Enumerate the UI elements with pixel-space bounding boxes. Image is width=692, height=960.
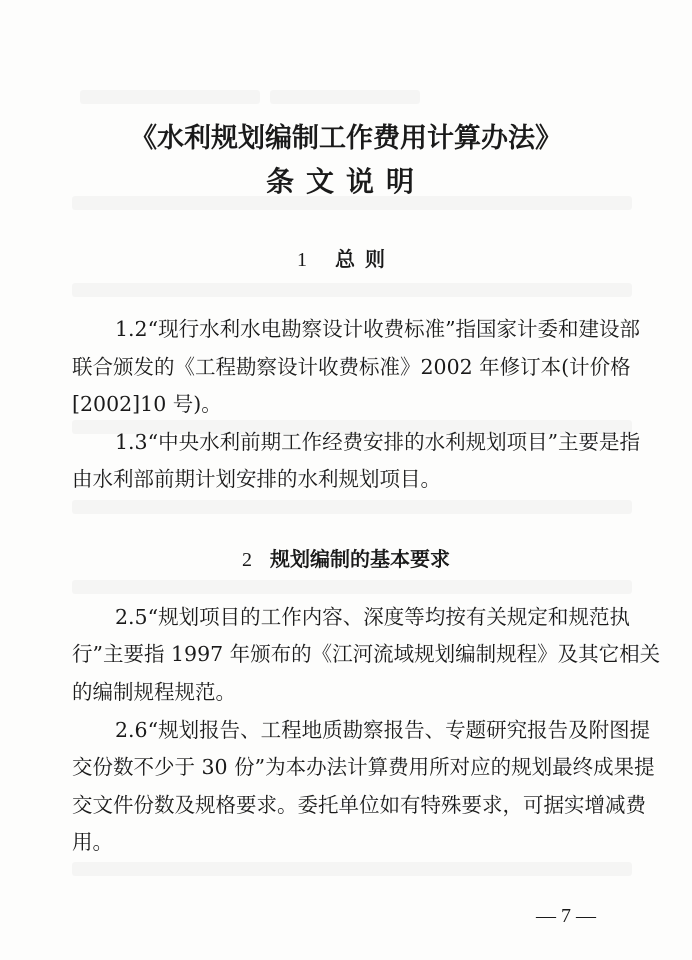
paragraph-line: 2.6“规划报告、工程地质勘察报告、专题研究报告及附图提 [115, 717, 630, 743]
paragraph-line: 由水利部前期计划安排的水利规划项目。 [72, 466, 630, 492]
section-heading-1: 1总则 [0, 243, 692, 272]
bleed-through-mark [270, 90, 420, 104]
bleed-through-mark [72, 500, 632, 514]
document-subtitle: 条文说明 [0, 160, 692, 200]
paragraph-line: 交文件份数及规格要求。委托单位如有特殊要求，可据实增减费 [72, 792, 630, 818]
bleed-through-mark [72, 283, 632, 297]
paragraph-line: 交份数不少于 30 份”为本办法计算费用所对应的规划最终成果提 [72, 754, 630, 780]
paragraph-line: 行”主要指 1997 年颁布的《江河流域规划编制规程》及其它相关 [72, 641, 630, 667]
document-page: 《水利规划编制工作费用计算办法》 条文说明 1总则 1.2“现行水利水电勘察设计… [0, 0, 692, 960]
page-number: — 7 — [536, 905, 596, 928]
bleed-through-mark [72, 580, 632, 594]
paragraph-line: 1.3“中央水利前期工作经费安排的水利规划项目”主要是指 [115, 429, 630, 455]
bleed-through-mark [72, 862, 632, 876]
paragraph-line: [2002]10 号)。 [72, 391, 630, 417]
bleed-through-mark [80, 90, 260, 104]
section-title: 总则 [335, 247, 395, 271]
section-number: 2 [242, 549, 252, 571]
paragraph-line: 联合颁发的《工程勘察设计收费标准》2002 年修订本(计价格 [72, 354, 630, 380]
section-heading-2: 2规划编制的基本要求 [0, 543, 692, 572]
section-title: 规划编制的基本要求 [270, 547, 450, 571]
paragraph-line: 用。 [72, 829, 630, 855]
section-number: 1 [297, 249, 317, 271]
paragraph-line: 的编制规程规范。 [72, 679, 630, 705]
paragraph-line: 2.5“规划项目的工作内容、深度等均按有关规定和规范执 [115, 604, 630, 630]
document-title: 《水利规划编制工作费用计算办法》 [0, 116, 692, 155]
paragraph-line: 1.2“现行水利水电勘察设计收费标准”指国家计委和建设部 [115, 316, 630, 342]
